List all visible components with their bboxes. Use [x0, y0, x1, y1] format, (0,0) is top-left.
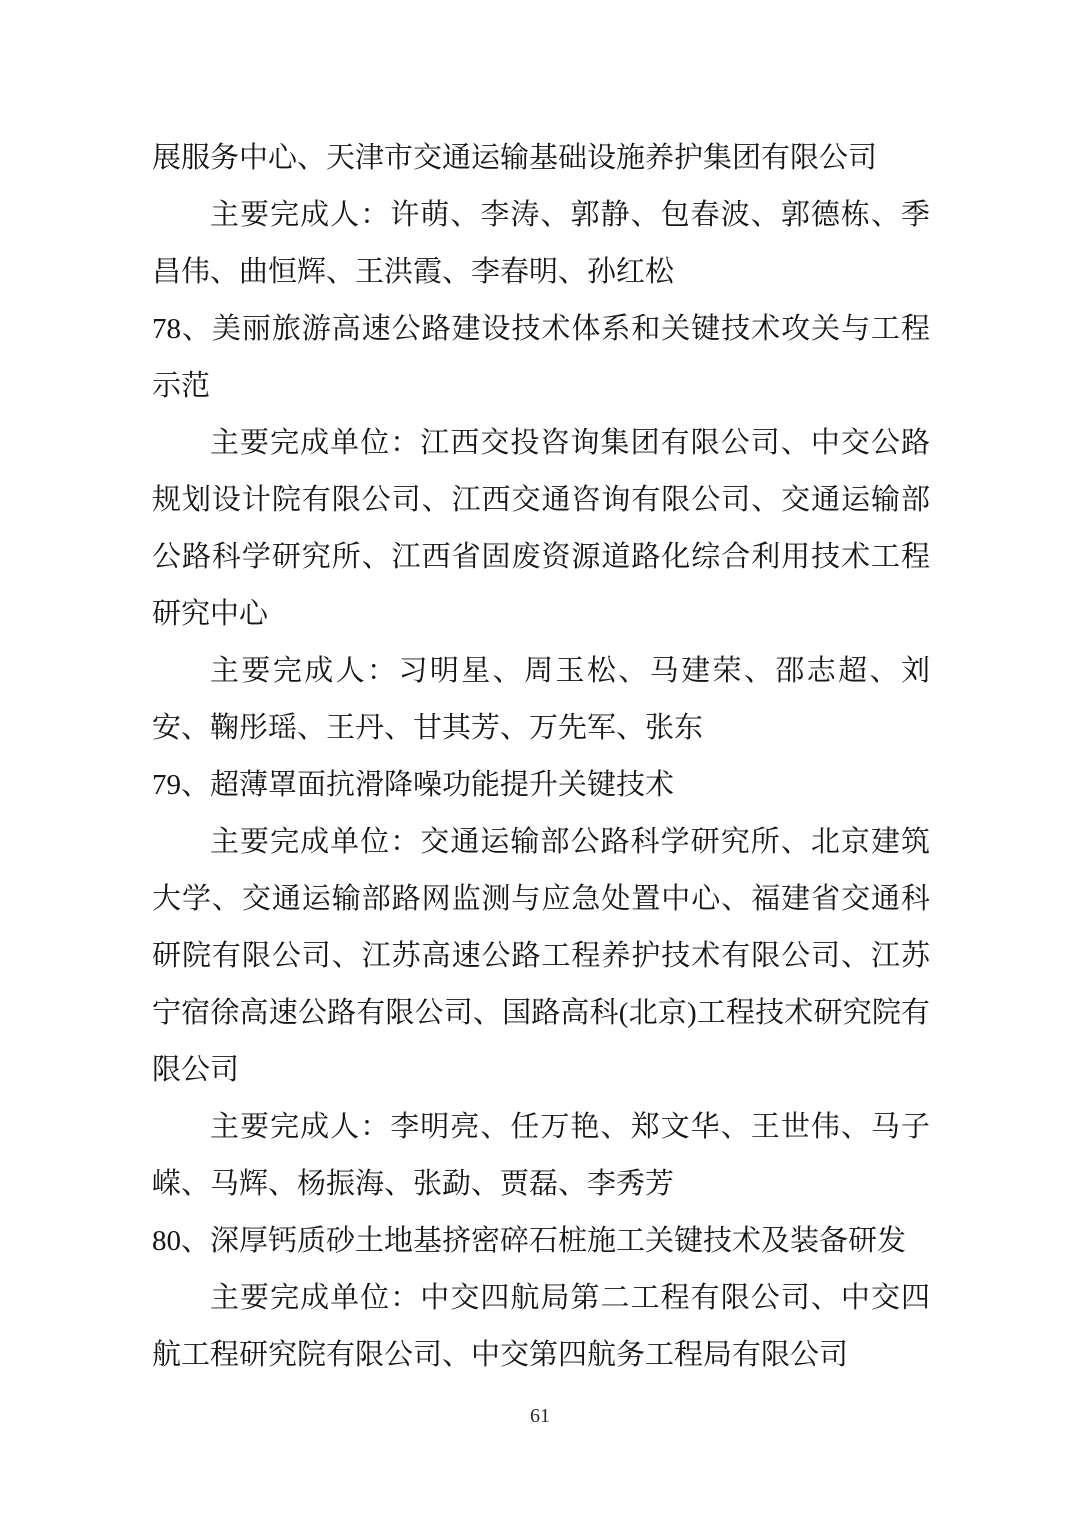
- section-heading-79: 79、超薄罩面抗滑降噪功能提升关键技术: [152, 757, 930, 814]
- people-paragraph-79: 主要完成人：李明亮、任万艳、郑文华、王世伟、马子嵘、马辉、杨振海、张勐、贾磊、李…: [152, 1099, 930, 1213]
- page-footer: 61: [0, 1405, 1080, 1428]
- units-paragraph-78: 主要完成单位：江西交投咨询集团有限公司、中交公路规划设计院有限公司、江西交通咨询…: [152, 415, 930, 643]
- units-paragraph-79: 主要完成单位：交通运输部公路科学研究所、北京建筑大学、交通运输部路网监测与应急处…: [152, 814, 930, 1099]
- people-paragraph-78: 主要完成人：习明星、周玉松、马建荣、邵志超、刘安、鞠彤瑶、王丹、甘其芳、万先军、…: [152, 643, 930, 757]
- continuation-paragraph: 展服务中心、天津市交通运输基础设施养护集团有限公司: [152, 130, 930, 187]
- section-heading-78: 78、美丽旅游高速公路建设技术体系和关键技术攻关与工程示范: [152, 301, 930, 415]
- people-paragraph-77: 主要完成人：许萌、李涛、郭静、包春波、郭德栋、季昌伟、曲恒辉、王洪霞、李春明、孙…: [152, 187, 930, 301]
- page-content: 展服务中心、天津市交通运输基础设施养护集团有限公司 主要完成人：许萌、李涛、郭静…: [152, 130, 930, 1384]
- units-paragraph-80: 主要完成单位：中交四航局第二工程有限公司、中交四航工程研究院有限公司、中交第四航…: [152, 1270, 930, 1384]
- document-page: 展服务中心、天津市交通运输基础设施养护集团有限公司 主要完成人：许萌、李涛、郭静…: [0, 0, 1080, 1527]
- section-heading-80: 80、深厚钙质砂土地基挤密碎石桩施工关键技术及装备研发: [152, 1213, 930, 1270]
- page-number: 61: [530, 1405, 550, 1427]
